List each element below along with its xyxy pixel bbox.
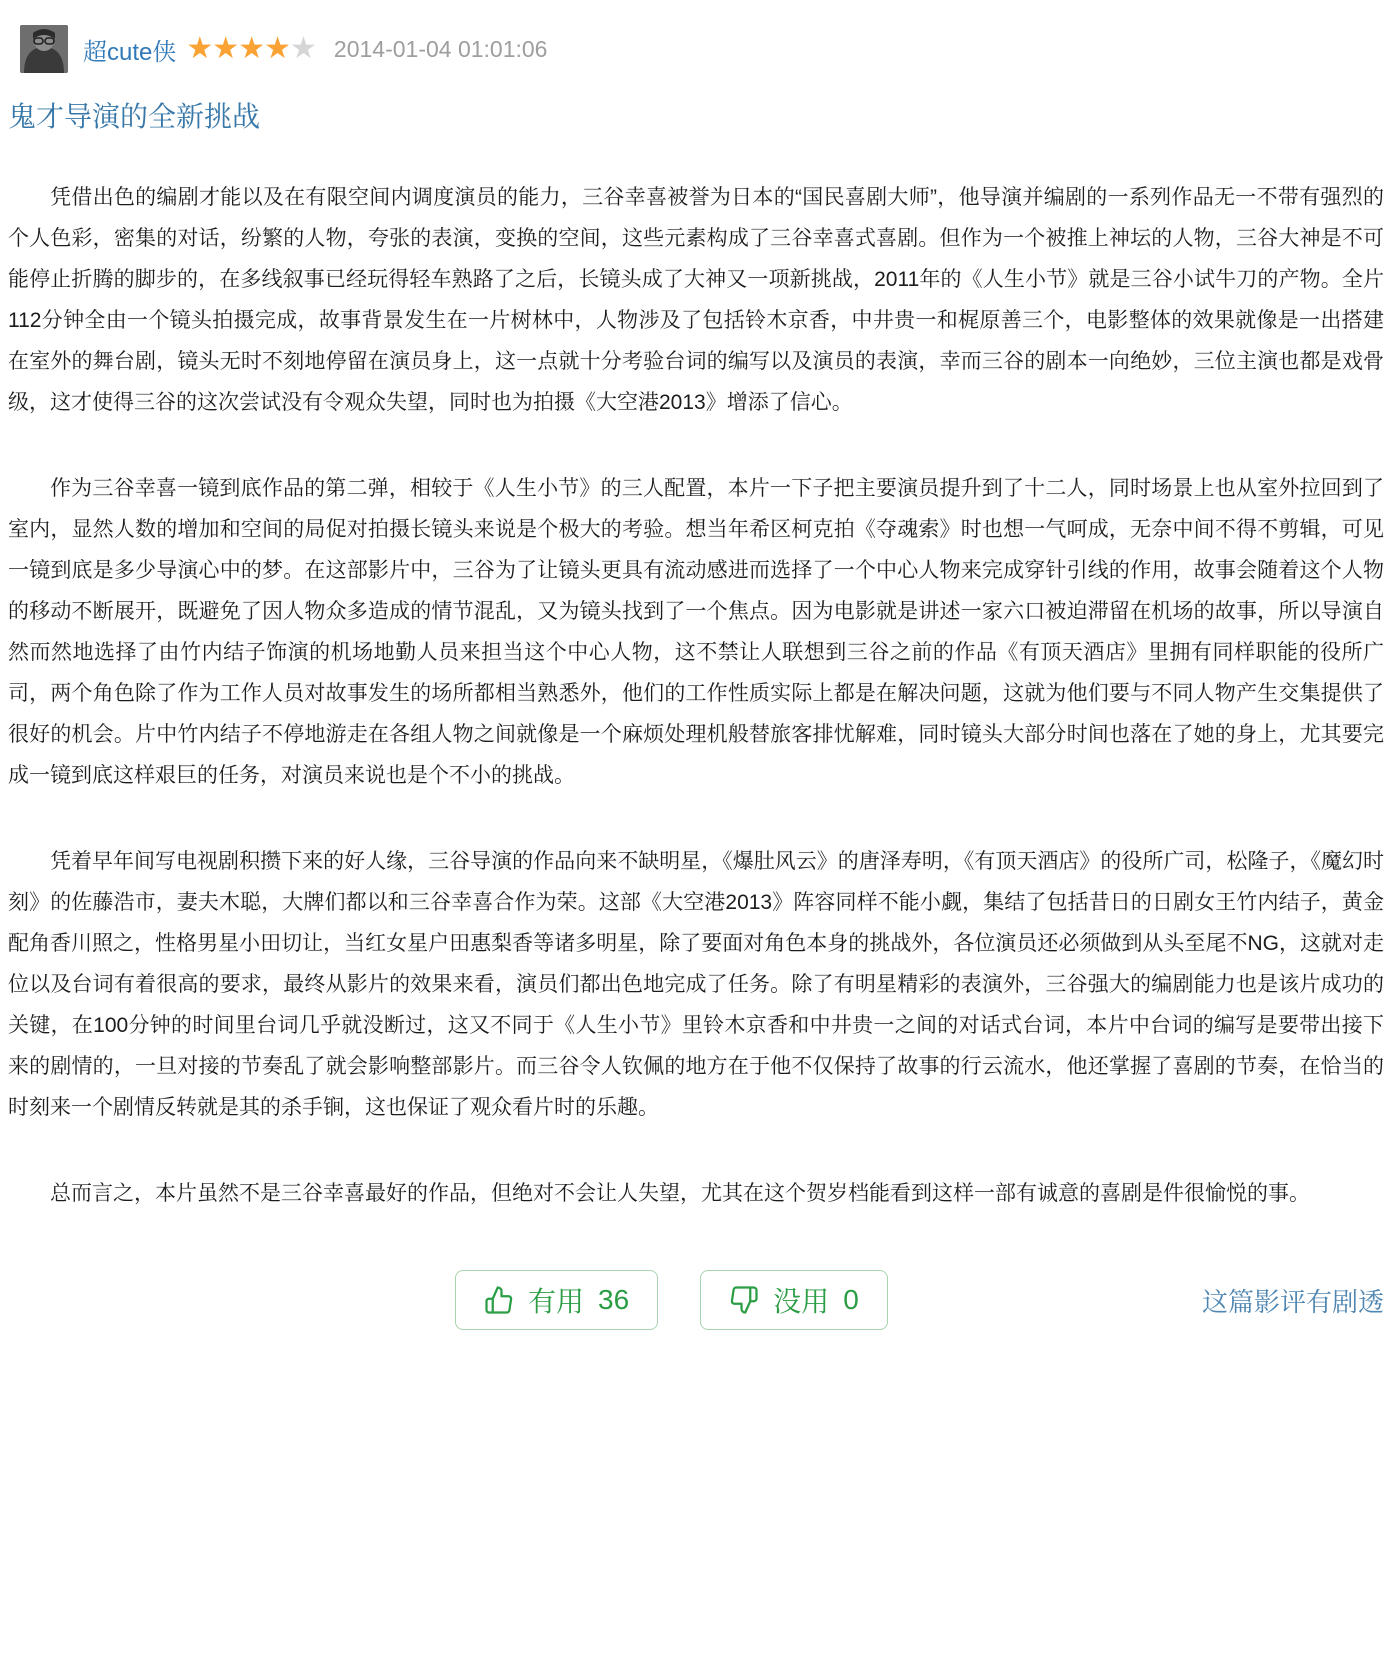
thumbs-down-icon: [729, 1285, 759, 1315]
useless-label: 没用: [773, 1280, 829, 1320]
review-header: 超cute侠 ★★★★★ 2014-01-04 01:01:06: [20, 24, 1384, 74]
useless-button[interactable]: 没用 0: [700, 1270, 888, 1330]
review-actions: 有用 36 没用 0 这篇影评有剧透: [8, 1269, 1384, 1331]
avatar[interactable]: [20, 25, 68, 73]
useless-count: 0: [843, 1284, 859, 1316]
review-page: 超cute侠 ★★★★★ 2014-01-04 01:01:06 鬼才导演的全新…: [0, 0, 1398, 1357]
useful-label: 有用: [528, 1280, 584, 1320]
useful-count: 36: [598, 1284, 629, 1316]
review-body: 凭借出色的编剧才能以及在有限空间内调度演员的能力，三谷幸喜被誉为日本的“国民喜剧…: [8, 177, 1384, 1214]
star-filled-icon: ★: [212, 32, 238, 65]
review-paragraph-2: 作为三谷幸喜一镜到底作品的第二弹，相较于《人生小节》的三人配置，本片一下子把主要…: [8, 468, 1384, 796]
thumbs-up-icon: [484, 1285, 514, 1315]
star-filled-icon: ★: [264, 32, 290, 65]
spoiler-link[interactable]: 这篇影评有剧透: [1202, 1282, 1384, 1319]
review-paragraph-3: 凭着早年间写电视剧积攒下来的好人缘，三谷导演的作品向来不缺明星，《爆肚风云》的唐…: [8, 841, 1384, 1128]
star-empty-icon: ★: [290, 32, 316, 65]
review-timestamp: 2014-01-04 01:01:06: [334, 36, 548, 63]
review-paragraph-4: 总而言之，本片虽然不是三谷幸喜最好的作品，但绝对不会让人失望，尤其在这个贺岁档能…: [8, 1173, 1384, 1214]
review-paragraph-1: 凭借出色的编剧才能以及在有限空间内调度演员的能力，三谷幸喜被誉为日本的“国民喜剧…: [8, 177, 1384, 423]
rating-stars: ★★★★★: [186, 34, 316, 64]
useful-button[interactable]: 有用 36: [455, 1270, 658, 1330]
star-filled-icon: ★: [186, 32, 212, 65]
username-link[interactable]: 超cute侠: [83, 32, 176, 67]
review-title[interactable]: 鬼才导演的全新挑战: [8, 99, 1384, 135]
avatar-portrait-icon: [20, 25, 68, 73]
vote-buttons: 有用 36 没用 0: [455, 1270, 888, 1330]
star-filled-icon: ★: [238, 32, 264, 65]
